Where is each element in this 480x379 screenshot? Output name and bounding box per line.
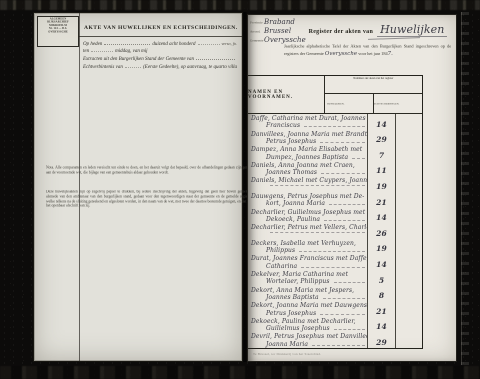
register-entry: Dekoeck, Paulina met Decharlier,Guilielm… [248,317,422,333]
form-line-4: Echtverbintenis van (Eerste Gedeelte), o… [83,65,237,73]
archive-stamp: ALGEMEEN RIJKSARCHIEF MIKROFILM Nr. 124 … [37,16,79,47]
act-number: 26 [376,229,387,238]
form-text: middag, van mij [115,49,147,54]
corner-value-handwritten: Overyssche [264,36,306,44]
register-entry: Dampez, Anna Maria Elisabeth metDumpez, … [248,145,422,161]
register-entry: Dekort, Anna Maria met Jespers,Joannes B… [248,286,422,302]
act-number: 21 [376,307,387,316]
table-header: NAMEN EN VOORNAMEN. Nummers der akten va… [248,76,422,114]
form-text: Op heden [83,42,102,47]
form-instructions-paragraph: Deze huwelijksakten zijn op zegelvrij pa… [46,190,254,209]
corner-value-handwritten: Braband [264,18,295,26]
names-column-header: NAMEN EN VOORNAMEN. [248,76,325,113]
subcolumn-huwelijken: HUWELIJKEN. [325,102,347,105]
act-number: 19 [376,182,387,191]
table-body: Daffe, Catharina met Durat, JoannesFranc… [248,114,422,348]
acts-table: NAMEN EN VOORNAMEN. Nummers der akten va… [247,75,423,349]
register-entry: Dauwgens, Petrus Josephus met De-kort, J… [248,192,422,208]
dotted-leader [196,59,235,60]
form-text: duizend acht honderd [152,42,195,47]
act-number: 7 [379,151,384,160]
form-line-1: Op heden duizend acht honderd verso, fo. [83,41,237,49]
form-lines: Op heden duizend acht honderd verso, fo.… [83,41,237,73]
act-number: 14 [376,213,387,222]
stamp-line: OVERYSSCHE [38,30,78,33]
act-number: 29 [376,338,387,347]
register-entry: Daffe, Catharina met Durat, JoannesFranc… [248,114,422,130]
year-handwritten: 7. [388,50,393,56]
act-number: 8 [379,291,384,300]
dotted-leader [198,44,220,45]
register-heading: Register der akten van Huwelijken [306,20,450,38]
corner-value-handwritten: Brussel [264,27,291,35]
act-number: 14 [376,260,387,269]
gemeente-handwritten: Overyssche [325,50,357,56]
numbers-column-header: Nummers der akten van het register HUWEL… [325,76,422,113]
form-line-2: ten middag, van mij [83,49,237,57]
act-number: 14 [376,120,387,129]
register-heading-print: Register der akten van [309,29,374,35]
margin-rule [79,13,80,361]
corner-label: Gemeente [250,39,260,42]
corner-label: Arrond. [250,30,260,33]
act-number: 5 [379,276,384,285]
printer-imprint: Te Brussel, ter Drukkerij van het Staets… [253,353,453,359]
intro-tail: voor het jaar 184 [358,52,387,56]
register-entry: Danvillees, Joanna Maria met Brandt,Petr… [248,130,422,146]
numbers-header-text: Nummers der akten van het register [325,76,422,80]
form-text: verso, fo. [222,41,237,46]
register-entry: Daniels, Anna Joanna met Craen,Joannes T… [248,161,422,177]
dotted-leader [104,44,150,45]
dotted-leader [91,51,113,52]
act-number: 11 [376,166,387,175]
register-entry: Dekelver, Maria Catharina metWortelaer, … [248,270,422,286]
register-entry: Dekort, Joanna Maria met Dauwgens,Petrus… [248,301,422,317]
corner-label: Provincie [250,21,260,24]
act-number: 29 [376,135,387,144]
register-entry: Decharlier, Petrus met Vellers, Charlott… [248,223,422,239]
register-entry: Deckers, Isabella met Verhuyzen,Philippu… [248,239,422,255]
act-number: 19 [376,244,387,253]
title-rule [79,36,242,37]
film-top-strip [0,0,480,10]
form-text: Echtverbintenis van [83,65,123,70]
register-entry: Devril, Petrus Josephus met Danvillees,J… [248,332,422,348]
intro-paragraph: Jaarlijksche alphabetische Tafel der Akt… [284,44,451,62]
form-text: (Eerste Gedeelte), op aanvraag, te quart… [143,65,237,70]
form-line-3: Extracten uit den Burgerlijken Stand der… [83,57,237,65]
act-number: 21 [376,198,387,207]
left-page: ALGEMEEN RIJKSARCHIEF MIKROFILM Nr. 124 … [33,12,243,362]
right-page: Provincie Braband Arrond. Brussel Gemeen… [247,14,457,362]
register-entry: Decharlier, Guilielmus Josephus metDekoe… [248,208,422,224]
form-text: Extracten uit den Burgerlijken Stand der… [83,57,194,62]
form-footnote: Nota. Alle comparanten en leden vereisch… [46,166,254,176]
register-heading-handwritten: Huwelijken [377,23,447,37]
act-number: 14 [376,322,387,331]
film-edge-marks [461,12,469,365]
dotted-leader [125,67,141,68]
film-bottom-strip [0,366,480,379]
register-entry: Durat, Joannes Franciscus met Daffe,Cath… [248,254,422,270]
form-text: ten [83,49,89,54]
form-title: AKTE VAN HUWELIJKEN EN ECHTSCHEIDINGEN. … [84,25,239,31]
subcolumn-echtscheidingen: ECHTSCHEIDINGEN. [374,102,399,105]
register-entry: Daniels, Michael met Cuypers, Joanna 19 [248,176,422,192]
